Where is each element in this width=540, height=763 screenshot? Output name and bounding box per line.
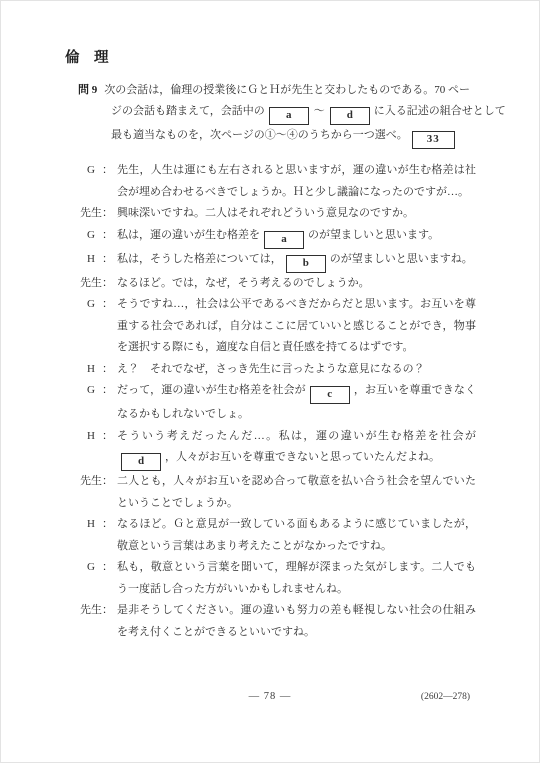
speaker-name: 先生 (80, 273, 102, 295)
speaker-label: 先生： (80, 203, 117, 225)
question-number-label: 問 9 (78, 84, 97, 96)
speaker-colon: ： (102, 160, 113, 203)
speaker-label: G： (80, 225, 117, 249)
answer-number-box: 33 (412, 131, 455, 149)
utterance-text: 私は，運の違いが生む格差をaのが望ましいと思います。 (117, 225, 476, 249)
utterance-text: 興味深いですね。二人はそれぞれどういう意見なのですか。 (117, 203, 476, 225)
dialogue-utterance: G： 先生，人生は運にも左右されると思いますが，運の違いが生む格差は社会が埋め合… (80, 160, 476, 203)
question-block: 問 9次の会話は，倫理の授業後にＧとＨが先生と交わしたものである。70 ペー ジ… (78, 80, 488, 149)
speaker-name: G (80, 557, 102, 600)
speaker-colon: ： (102, 514, 113, 557)
dialogue-utterance: H： そういう考えだったんだ…。私は，運の違いが生む格差を社会がd，人々がお互い… (80, 426, 476, 472)
speaker-name: 先生 (80, 471, 102, 514)
speaker-label: G： (80, 160, 117, 203)
question-text-line1: 次の会話は，倫理の授業後にＧとＨが先生と交わしたものである。70 ペー (104, 84, 470, 96)
question-line-1: 問 9次の会話は，倫理の授業後にＧとＨが先生と交わしたものである。70 ペー (78, 80, 488, 101)
speaker-colon: ： (102, 294, 113, 359)
blank-box-a: a (264, 231, 304, 249)
blank-box-a: a (269, 107, 309, 125)
utterance-text: 二人とも，人々がお互いを認め合って敬意を払い合う社会を望んでいたということでしょ… (117, 471, 476, 514)
speaker-name: H (80, 359, 102, 381)
dialogue-utterance: H： え？ それでなぜ，さっき先生に言ったような意見になるの？ (80, 359, 476, 381)
speaker-label: G： (80, 557, 117, 600)
speaker-colon: ： (102, 557, 113, 600)
speaker-colon: ： (102, 225, 113, 249)
speaker-label: G： (80, 380, 117, 426)
utterance-text: 私は，そうした格差については，bのが望ましいと思いますね。 (117, 249, 476, 273)
speaker-name: 先生 (80, 203, 102, 225)
speaker-label: H： (80, 426, 117, 472)
utterance-text: 是非そうしてください。運の違いも努力の差も軽視しない社会の仕組みを考え付くことが… (117, 600, 476, 643)
speaker-name: H (80, 249, 102, 273)
dialogue-utterance: 先生： 興味深いですね。二人はそれぞれどういう意見なのですか。 (80, 203, 476, 225)
speaker-colon: ： (102, 380, 113, 426)
speaker-colon: ： (102, 249, 113, 273)
blank-box-c: c (310, 386, 350, 404)
utterance-text: 私も，敬意という言葉を聞いて，理解が深まった気がします。二人でもう一度話し合った… (117, 557, 476, 600)
utterance-text: そうですね…，社会は公平であるべきだからだと思います。お互いを尊重する社会であれ… (117, 294, 476, 359)
utterance-text: 先生，人生は運にも左右されると思いますが，運の違いが生む格差は社会が埋め合わせる… (117, 160, 476, 203)
utterance-text: なるほど。では，なぜ，そう考えるのでしょうか。 (117, 273, 476, 295)
exam-page: 倫 理 問 9次の会話は，倫理の授業後にＧとＨが先生と交わしたものである。70 … (0, 0, 540, 763)
speaker-name: G (80, 225, 102, 249)
speaker-name: 先生 (80, 600, 102, 643)
utterance-text: だって，運の違いが生む格差を社会がc，お互いを尊重できなくなるかもしれないでしょ… (117, 380, 476, 426)
speaker-name: H (80, 426, 102, 472)
speaker-colon: ： (102, 359, 113, 381)
speaker-label: H： (80, 359, 117, 381)
dialogue-utterance: G： だって，運の違いが生む格差を社会がc，お互いを尊重できなくなるかもしれない… (80, 380, 476, 426)
speaker-label: 先生： (80, 600, 117, 643)
dialogue-utterance: H： 私は，そうした格差については，bのが望ましいと思いますね。 (80, 249, 476, 273)
speaker-colon: ： (102, 273, 113, 295)
dialogue-utterance: G： 私は，運の違いが生む格差をaのが望ましいと思います。 (80, 225, 476, 249)
question-line-3: 最も適当なものを，次ページの①～④のうちから一つ選べ。33 (78, 125, 488, 149)
dialogue-utterance: G： そうですね…，社会は公平であるべきだからだと思います。お互いを尊重する社会… (80, 294, 476, 359)
utterance-text: え？ それでなぜ，さっき先生に言ったような意見になるの？ (117, 359, 476, 381)
dialogue-block: G： 先生，人生は運にも左右されると思いますが，運の違いが生む格差は社会が埋め合… (80, 160, 476, 643)
question-text-line2-pre: ジの会話も踏まえて，会話中の (111, 105, 265, 117)
speaker-label: 先生： (80, 471, 117, 514)
tilde-separator: ～ (314, 105, 325, 117)
dialogue-utterance: G： 私も，敬意という言葉を聞いて，理解が深まった気がします。二人でもう一度話し… (80, 557, 476, 600)
dialogue-utterance: 先生： 是非そうしてください。運の違いも努力の差も軽視しない社会の仕組みを考え付… (80, 600, 476, 643)
footer-document-code: (2602—278) (421, 692, 470, 702)
dialogue-utterance: H： なるほど。Ｇと意見が一致している面もあるように感じていましたが，敬意という… (80, 514, 476, 557)
speaker-label: H： (80, 514, 117, 557)
speaker-colon: ： (102, 203, 113, 225)
question-line-2: ジの会話も踏まえて，会話中のa～dに入る記述の組合せとして (78, 101, 488, 125)
blank-box-d: d (330, 107, 370, 125)
page-title: 倫 理 (65, 50, 109, 66)
speaker-colon: ： (102, 471, 113, 514)
speaker-label: H： (80, 249, 117, 273)
speaker-name: G (80, 380, 102, 426)
speaker-name: G (80, 294, 102, 359)
speaker-name: G (80, 160, 102, 203)
blank-box-d: d (121, 453, 161, 471)
question-text-line2-post: に入る記述の組合せとして (374, 105, 506, 117)
utterance-text: なるほど。Ｇと意見が一致している面もあるように感じていましたが，敬意という言葉は… (117, 514, 476, 557)
speaker-label: 先生： (80, 273, 117, 295)
question-text-line3: 最も適当なものを，次ページの①～④のうちから一つ選べ。 (111, 129, 408, 141)
blank-box-b: b (286, 255, 326, 273)
dialogue-utterance: 先生： 二人とも，人々がお互いを認め合って敬意を払い合う社会を望んでいたというこ… (80, 471, 476, 514)
speaker-label: G： (80, 294, 117, 359)
speaker-colon: ： (102, 426, 113, 472)
speaker-colon: ： (102, 600, 113, 643)
speaker-name: H (80, 514, 102, 557)
utterance-text: そういう考えだったんだ…。私は，運の違いが生む格差を社会がd，人々がお互いを尊重… (117, 426, 476, 472)
dialogue-utterance: 先生： なるほど。では，なぜ，そう考えるのでしょうか。 (80, 273, 476, 295)
